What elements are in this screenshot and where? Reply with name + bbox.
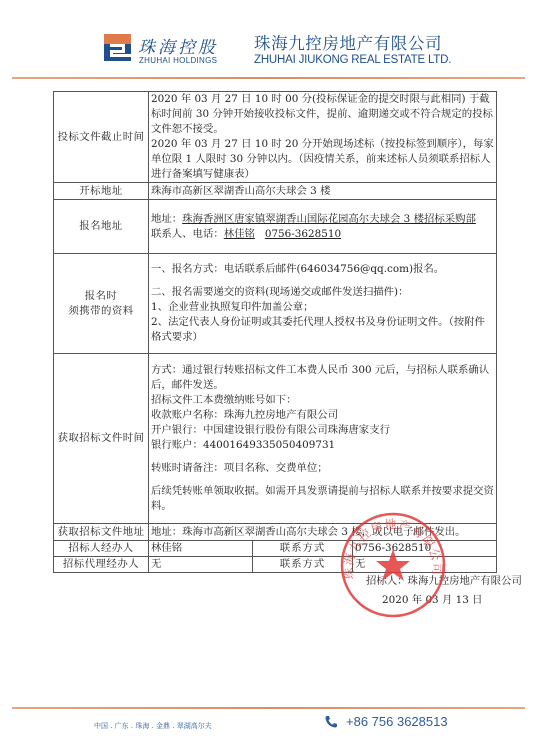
contact-name: 林佳铭	[224, 228, 255, 240]
footer-phone: +86 756 3628513	[346, 714, 448, 729]
row-obtain-address: 获取招标文件地址 地址：珠海市高新区翠湖香山高尔夫球会 3 楼，或以电子邮件发出…	[54, 524, 497, 541]
label-opening-address: 开标地址	[54, 183, 149, 200]
proxy-agent-name: 无	[149, 557, 253, 573]
row-registration-address: 报名地址 地址：珠海香洲区唐家镇翠湖香山国际花园高尔夫球会 3 楼招标采购部 联…	[54, 200, 497, 254]
bank-name: 开户银行：中国建设银行股份有限公司珠海唐家支行	[151, 423, 494, 438]
tenderer-agent-name: 林佳铭	[149, 541, 253, 557]
account-number: 银行账户：44001649335050409731	[151, 438, 494, 453]
row-proxy-agent: 招标代理经办人 无 联系方式 无	[54, 557, 497, 573]
deadline-line-2: 2020 年 03 月 27 日 10 时 20 分开始现场述标（按投标签到顺序…	[151, 137, 494, 182]
label-obtain-time: 获取招标文件时间	[54, 354, 149, 524]
header-divider	[12, 77, 525, 79]
phone-icon	[325, 715, 337, 728]
row-tenderer-agent: 招标人经办人 林佳铭 联系方式 0756-3628510	[54, 541, 497, 557]
signature-date: 2020 年 03 月 13 日	[382, 591, 483, 606]
account-title: 招标文件工本费缴纳账号如下：	[151, 393, 494, 408]
label-proxy-agent: 招标代理经办人	[54, 557, 149, 573]
contact-prefix: 联系人、电话：	[151, 228, 224, 240]
value-obtain-time: 方式：通过银行转账招标文件工本费人民币 300 元后，与招标人联系确认后，邮件发…	[149, 354, 497, 524]
obtain-method: 方式：通过银行转账招标文件工本费人民币 300 元后，与招标人联系确认后，邮件发…	[151, 363, 494, 393]
label-line-2: 须携带的资料	[56, 304, 146, 319]
address-prefix: 地址：	[151, 213, 182, 225]
value-opening-address: 珠海市高新区翠湖香山高尔夫球会 3 楼	[149, 183, 497, 200]
company-name-cn: 珠海九控房地产有限公司	[254, 30, 442, 54]
holdings-logo-icon	[104, 34, 131, 61]
label-deadline: 投标文件截止时间	[54, 92, 149, 183]
label-registration-address: 报名地址	[54, 200, 149, 254]
logo-chinese-text: 珠海控股	[138, 33, 218, 58]
value-obtain-address: 地址：珠海市高新区翠湖香山高尔夫球会 3 楼，或以电子邮件发出。	[149, 524, 497, 541]
value-registration-materials: 一、报名方式：电话联系后邮件(646034756@qq.com)报名。 二、报名…	[149, 254, 497, 354]
tenderer-contact-label: 联系方式	[253, 541, 353, 557]
row-deadline: 投标文件截止时间 2020 年 03 月 27 日 10 时 00 分(投标保证…	[54, 92, 497, 183]
row-obtain-time: 获取招标文件时间 方式：通过银行转账招标文件工本费人民币 300 元后，与招标人…	[54, 354, 497, 524]
footer-address: 中国 . 广东 . 珠海 . 金鼎 . 翠湖高尔夫	[94, 721, 212, 731]
label-registration-materials: 报名时 须携带的资料	[54, 254, 149, 354]
materials-item-1: 1、企业营业执照复印件加盖公章；	[151, 300, 494, 315]
logo-english-text: ZHUHAI HOLDINGS	[139, 56, 217, 65]
proxy-contact-label: 联系方式	[253, 557, 353, 573]
value-registration-address: 地址：珠海香洲区唐家镇翠湖香山国际花园高尔夫球会 3 楼招标采购部 联系人、电话…	[149, 200, 497, 254]
contact-phone: 0756-3628510	[265, 228, 341, 240]
label-tenderer-agent: 招标人经办人	[54, 541, 149, 557]
materials-item-2: 2、法定代表人身份证明或其委托代理人授权书及身份证明文件。（按附件格式要求）	[151, 315, 494, 345]
row-registration-materials: 报名时 须携带的资料 一、报名方式：电话联系后邮件(646034756@qq.c…	[54, 254, 497, 354]
row-opening-address: 开标地址 珠海市高新区翠湖香山高尔夫球会 3 楼	[54, 183, 497, 200]
label-obtain-address: 获取招标文件地址	[54, 524, 149, 541]
letterhead: 珠海控股 ZHUHAI HOLDINGS 珠海九控房地产有限公司 ZHUHAI …	[0, 0, 534, 80]
transfer-remark: 转账时请备注：项目名称、交费单位；	[151, 461, 494, 476]
tender-info-table: 投标文件截止时间 2020 年 03 月 27 日 10 时 00 分(投标保证…	[53, 91, 497, 573]
label-line-1: 报名时	[56, 289, 146, 304]
tenderer-contact-value: 0756-3628510	[353, 541, 497, 557]
registration-method: 一、报名方式：电话联系后邮件(646034756@qq.com)报名。	[151, 262, 494, 277]
company-name-en: ZHUHAI JIUKONG REAL ESTATE LTD.	[254, 54, 451, 66]
deadline-line-1: 2020 年 03 月 27 日 10 时 00 分(投标保证金的提交时限与此相…	[151, 92, 494, 137]
receipt-note: 后续凭转账单领取收据。如需开具发票请提前与招标人联系并按要求提交资料。	[151, 484, 494, 514]
tenderer-signature: 招标人：珠海九控房地产有限公司	[366, 572, 522, 587]
footer-divider	[12, 707, 525, 709]
proxy-contact-value: 无	[353, 557, 497, 573]
account-name: 收款账户名称：珠海九控房地产有限公司	[151, 408, 494, 423]
materials-title: 二、报名需要递交的资料(现场递交或邮件发送扫描件)：	[151, 285, 494, 300]
value-deadline: 2020 年 03 月 27 日 10 时 00 分(投标保证金的提交时限与此相…	[149, 92, 497, 183]
registration-address-text: 珠海香洲区唐家镇翠湖香山国际花园高尔夫球会 3 楼招标采购部	[182, 213, 476, 225]
